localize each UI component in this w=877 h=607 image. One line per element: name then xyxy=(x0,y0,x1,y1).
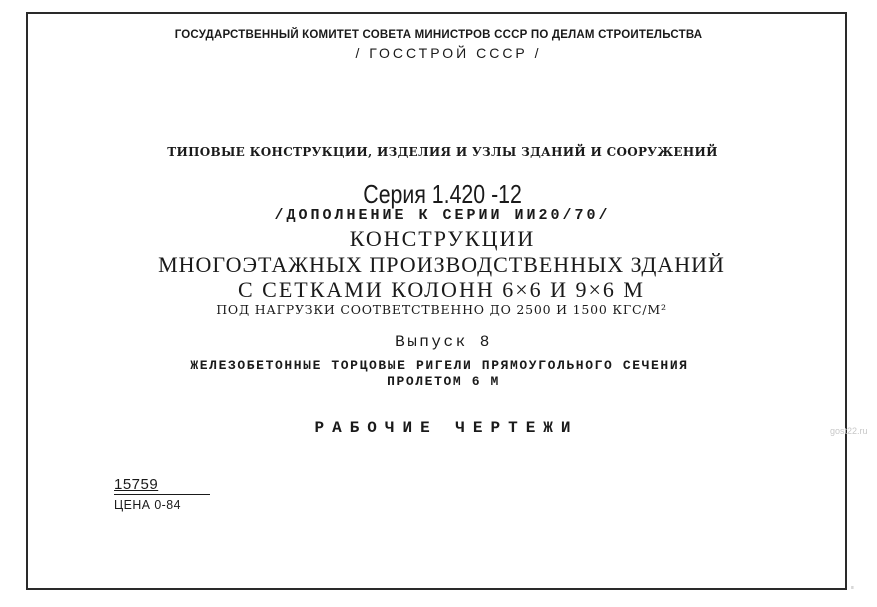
series-addition: /ДОПОЛНЕНИЕ К СЕРИИ ИИ20/70/ xyxy=(0,207,877,224)
issue-number: Выпуск 8 xyxy=(0,333,877,351)
title-line-3: С СЕТКАМИ КОЛОНН 6×6 И 9×6 М xyxy=(0,277,877,303)
catalog-stamp: 15759 ЦЕНА 0-84 xyxy=(114,477,210,513)
stamp-divider xyxy=(114,494,210,495)
issuing-organization-short: / ГОССТРОЙ СССР / xyxy=(0,45,877,61)
working-drawings-label: РАБОЧИЕ ЧЕРТЕЖИ xyxy=(0,419,877,437)
watermark-text: gost22.ru xyxy=(830,426,868,436)
corner-mark: ≡ xyxy=(851,586,854,591)
series-number: Серия 1.420 -12 xyxy=(79,179,798,210)
title-line-1: КОНСТРУКЦИИ xyxy=(0,226,877,252)
catalog-number: 15759 xyxy=(114,477,210,493)
subject-line-2: ПРОЛЕТОМ 6 М xyxy=(0,374,877,389)
document-category: ТИПОВЫЕ КОНСТРУКЦИИ, ИЗДЕЛИЯ И УЗЛЫ ЗДАН… xyxy=(0,145,877,159)
title-line-2: МНОГОЭТАЖНЫХ ПРОИЗВОДСТВЕННЫХ ЗДАНИЙ xyxy=(0,252,877,278)
subject-line-1: ЖЕЛЕЗОБЕТОННЫЕ ТОРЦОВЫЕ РИГЕЛИ ПРЯМОУГОЛ… xyxy=(0,358,877,373)
price-label: ЦЕНА 0-84 xyxy=(114,497,205,513)
load-specification: ПОД НАГРУЗКИ СООТВЕТСТВЕННО ДО 2500 И 15… xyxy=(0,302,877,317)
issuing-organization: ГОСУДАРСТВЕННЫЙ КОМИТЕТ СОВЕТА МИНИСТРОВ… xyxy=(0,29,877,41)
